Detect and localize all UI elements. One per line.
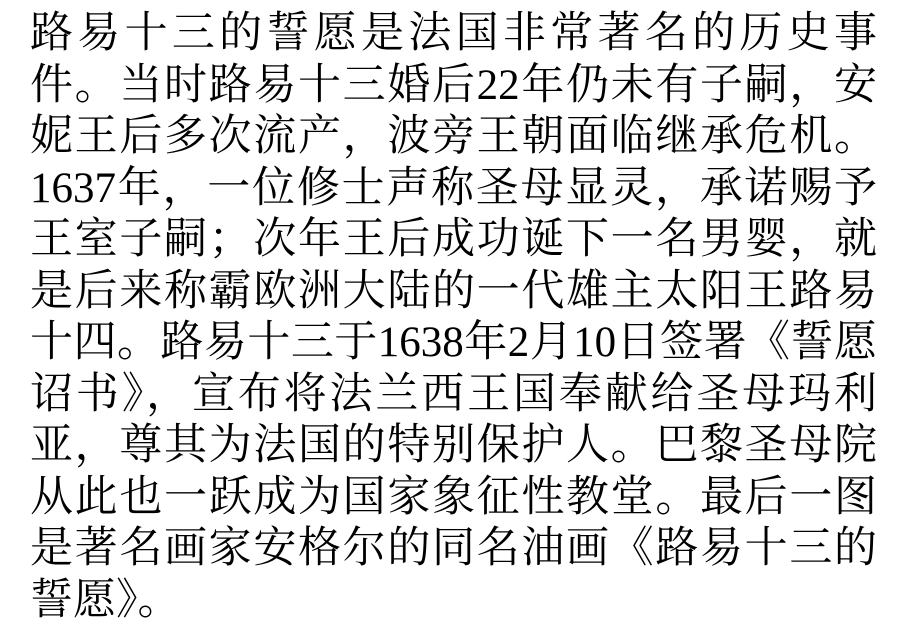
text-line: 誓愿》。 — [30, 575, 877, 627]
text-line: 诏书》，宣布将法兰西王国奉献给圣母玛利 — [30, 369, 877, 421]
text-line: 王室子嗣；次年王后成功诞下一名男婴，就 — [30, 214, 877, 266]
text-line: 是著名画家安格尔的同名油画《路易十三的 — [30, 523, 877, 575]
text-line: 十四。路易十三于1638年2月10日签署《誓愿 — [30, 317, 877, 369]
text-line: 1637年，一位修士声称圣母显灵，承诺赐予 — [30, 163, 877, 215]
text-line: 路易十三的誓愿是法国非常著名的历史事 — [30, 8, 877, 60]
text-line: 件。当时路易十三婚后22年仍未有子嗣，安 — [30, 60, 877, 112]
article-text: 路易十三的誓愿是法国非常著名的历史事 件。当时路易十三婚后22年仍未有子嗣，安 … — [0, 0, 907, 638]
text-line: 是后来称霸欧洲大陆的一代雄主太阳王路易 — [30, 266, 877, 318]
text-line: 从此也一跃成为国家象征性教堂。最后一图 — [30, 472, 877, 524]
text-line: 妮王后多次流产，波旁王朝面临继承危机。 — [30, 111, 877, 163]
text-line: 亚，尊其为法国的特别保护人。巴黎圣母院 — [30, 420, 877, 472]
